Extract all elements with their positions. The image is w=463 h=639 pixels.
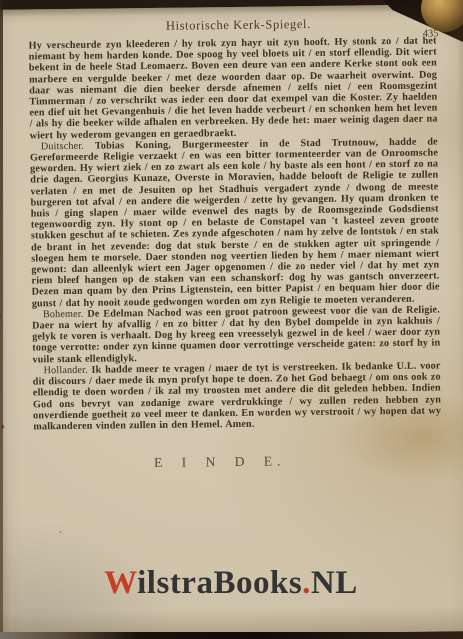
finis-word: E I N D E. — [16, 452, 424, 473]
watermark-middle: ilstraBooks — [137, 565, 302, 601]
paragraph-hollander: Hollander.Ik hadde meer te vragen / maer… — [33, 360, 442, 432]
paragraph-duitscher: Duitscher.Tobias Koning, Burgermeester i… — [30, 136, 440, 309]
paragraph-continuation: Hy verscheurde zyn kleederen / hy trok z… — [29, 35, 438, 141]
watermark-dot: . — [302, 565, 311, 601]
paper-speck — [60, 531, 62, 533]
watermark: WilstraBooks.NL — [95, 566, 367, 600]
book-page: Historische Kerk-Spiegel. 435 Hy versche… — [0, 4, 463, 637]
paragraph-text: De Edelman Nachod was een groot patroon … — [32, 304, 440, 365]
watermark-initial: W — [104, 565, 137, 601]
running-header: Historische Kerk-Spiegel. — [34, 15, 442, 35]
paragraph-bohemer: Bohemer.De Edelman Nachod was een groot … — [32, 304, 441, 365]
speaker-label: Duitscher. — [41, 140, 95, 152]
book-gutter-shadow — [0, 0, 3, 639]
paragraph-text: Ik hadde meer te vragen / maer de tyt is… — [33, 360, 442, 432]
page-content: Historische Kerk-Spiegel. 435 Hy versche… — [28, 15, 441, 472]
watermark-suffix: NL — [311, 565, 358, 601]
speaker-label: Hollander. — [44, 365, 92, 377]
paragraph-text: Hy verscheurde zyn kleederen / hy trok z… — [29, 35, 438, 141]
paragraph-text: Tobias Koning, Burgermeester in de Stad … — [30, 136, 440, 309]
table-edge — [0, 632, 463, 639]
speaker-label: Bohemer. — [43, 309, 88, 321]
book-photo: Historische Kerk-Spiegel. 435 Hy versche… — [0, 0, 463, 639]
